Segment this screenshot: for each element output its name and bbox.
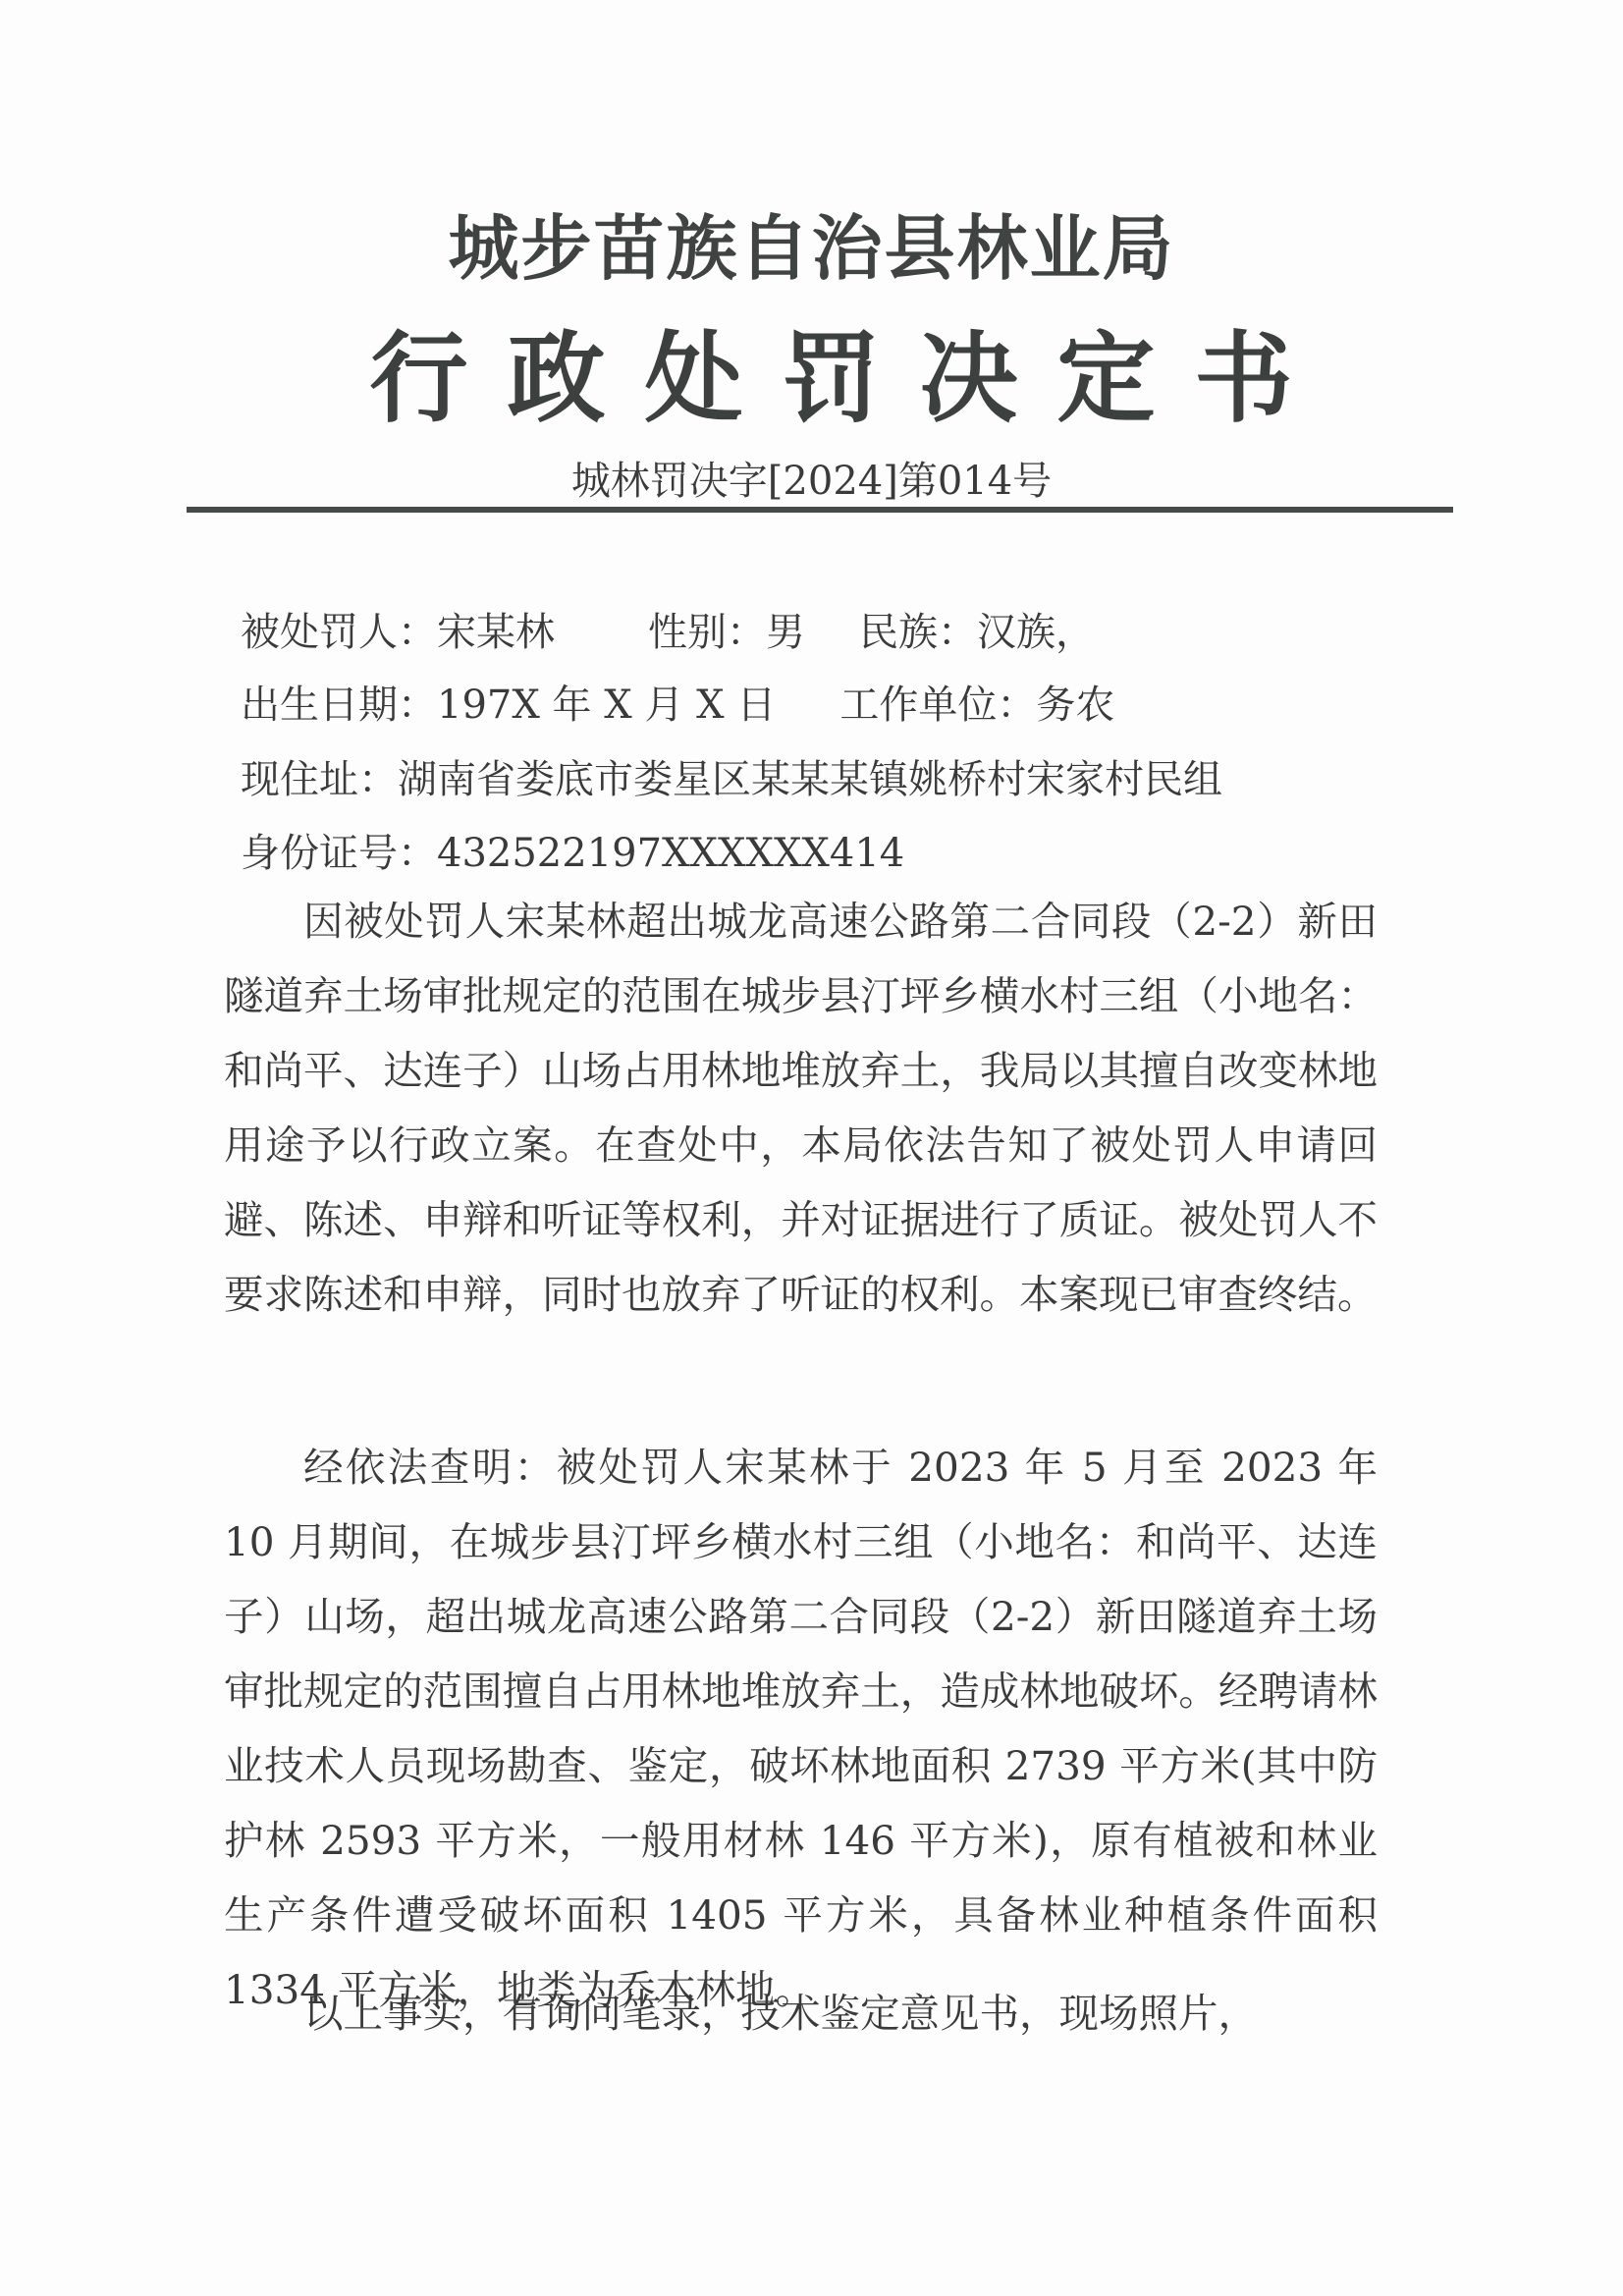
agency-name: 城步苗族自治县林业局 [0,191,1623,294]
header-divider [187,507,1453,513]
party-line-2: 出生日期：197X 年 X 月 X 日工作单位：务农 [241,680,1114,731]
paragraph-findings: 经依法查明：被处罚人宋某林于 2023 年 5 月至 2023 年 10 月期间… [224,1430,1378,2027]
ethnicity-label: 民族： [859,610,977,655]
party-ethnicity: 汉族， [977,610,1095,655]
party-line-4: 身份证号：432522197XXXXXX414 [241,828,904,879]
document-page: 城步苗族自治县林业局 行政处罚决定书 城林罚决字[2024]第014号 被处罚人… [0,0,1623,2296]
paragraph-case-filing: 因被处罚人宋某林超出城龙高速公路第二合同段（2-2）新田隧道弃土场审批规定的范围… [224,884,1378,1332]
work-label: 工作单位： [839,683,1036,728]
party-line-1: 被处罚人：宋某林性别：男民族：汉族， [241,607,1095,658]
party-name: 宋某林 [437,610,555,655]
document-title: 行政处罚决定书 [0,300,1623,441]
party-line-3: 现住址：湖南省娄底市娄星区某某某镇姚桥村宋家村民组 [241,754,1222,805]
party-id: 432522197XXXXXX414 [437,831,904,876]
party-birth: 197X 年 X 月 X 日 [437,683,776,728]
paragraph-evidence: 以上事实，有询问笔录，技术鉴定意见书，现场照片， [224,1976,1378,2050]
name-label: 被处罚人： [241,610,437,655]
party-address: 湖南省娄底市娄星区某某某镇姚桥村宋家村民组 [398,757,1222,802]
address-label: 现住址： [241,757,398,802]
id-label: 身份证号： [241,831,437,876]
party-work: 务农 [1036,683,1114,728]
gender-label: 性别： [648,610,766,655]
document-number: 城林罚决字[2024]第014号 [0,450,1623,506]
birth-label: 出生日期： [241,683,437,728]
party-gender: 男 [766,610,805,655]
